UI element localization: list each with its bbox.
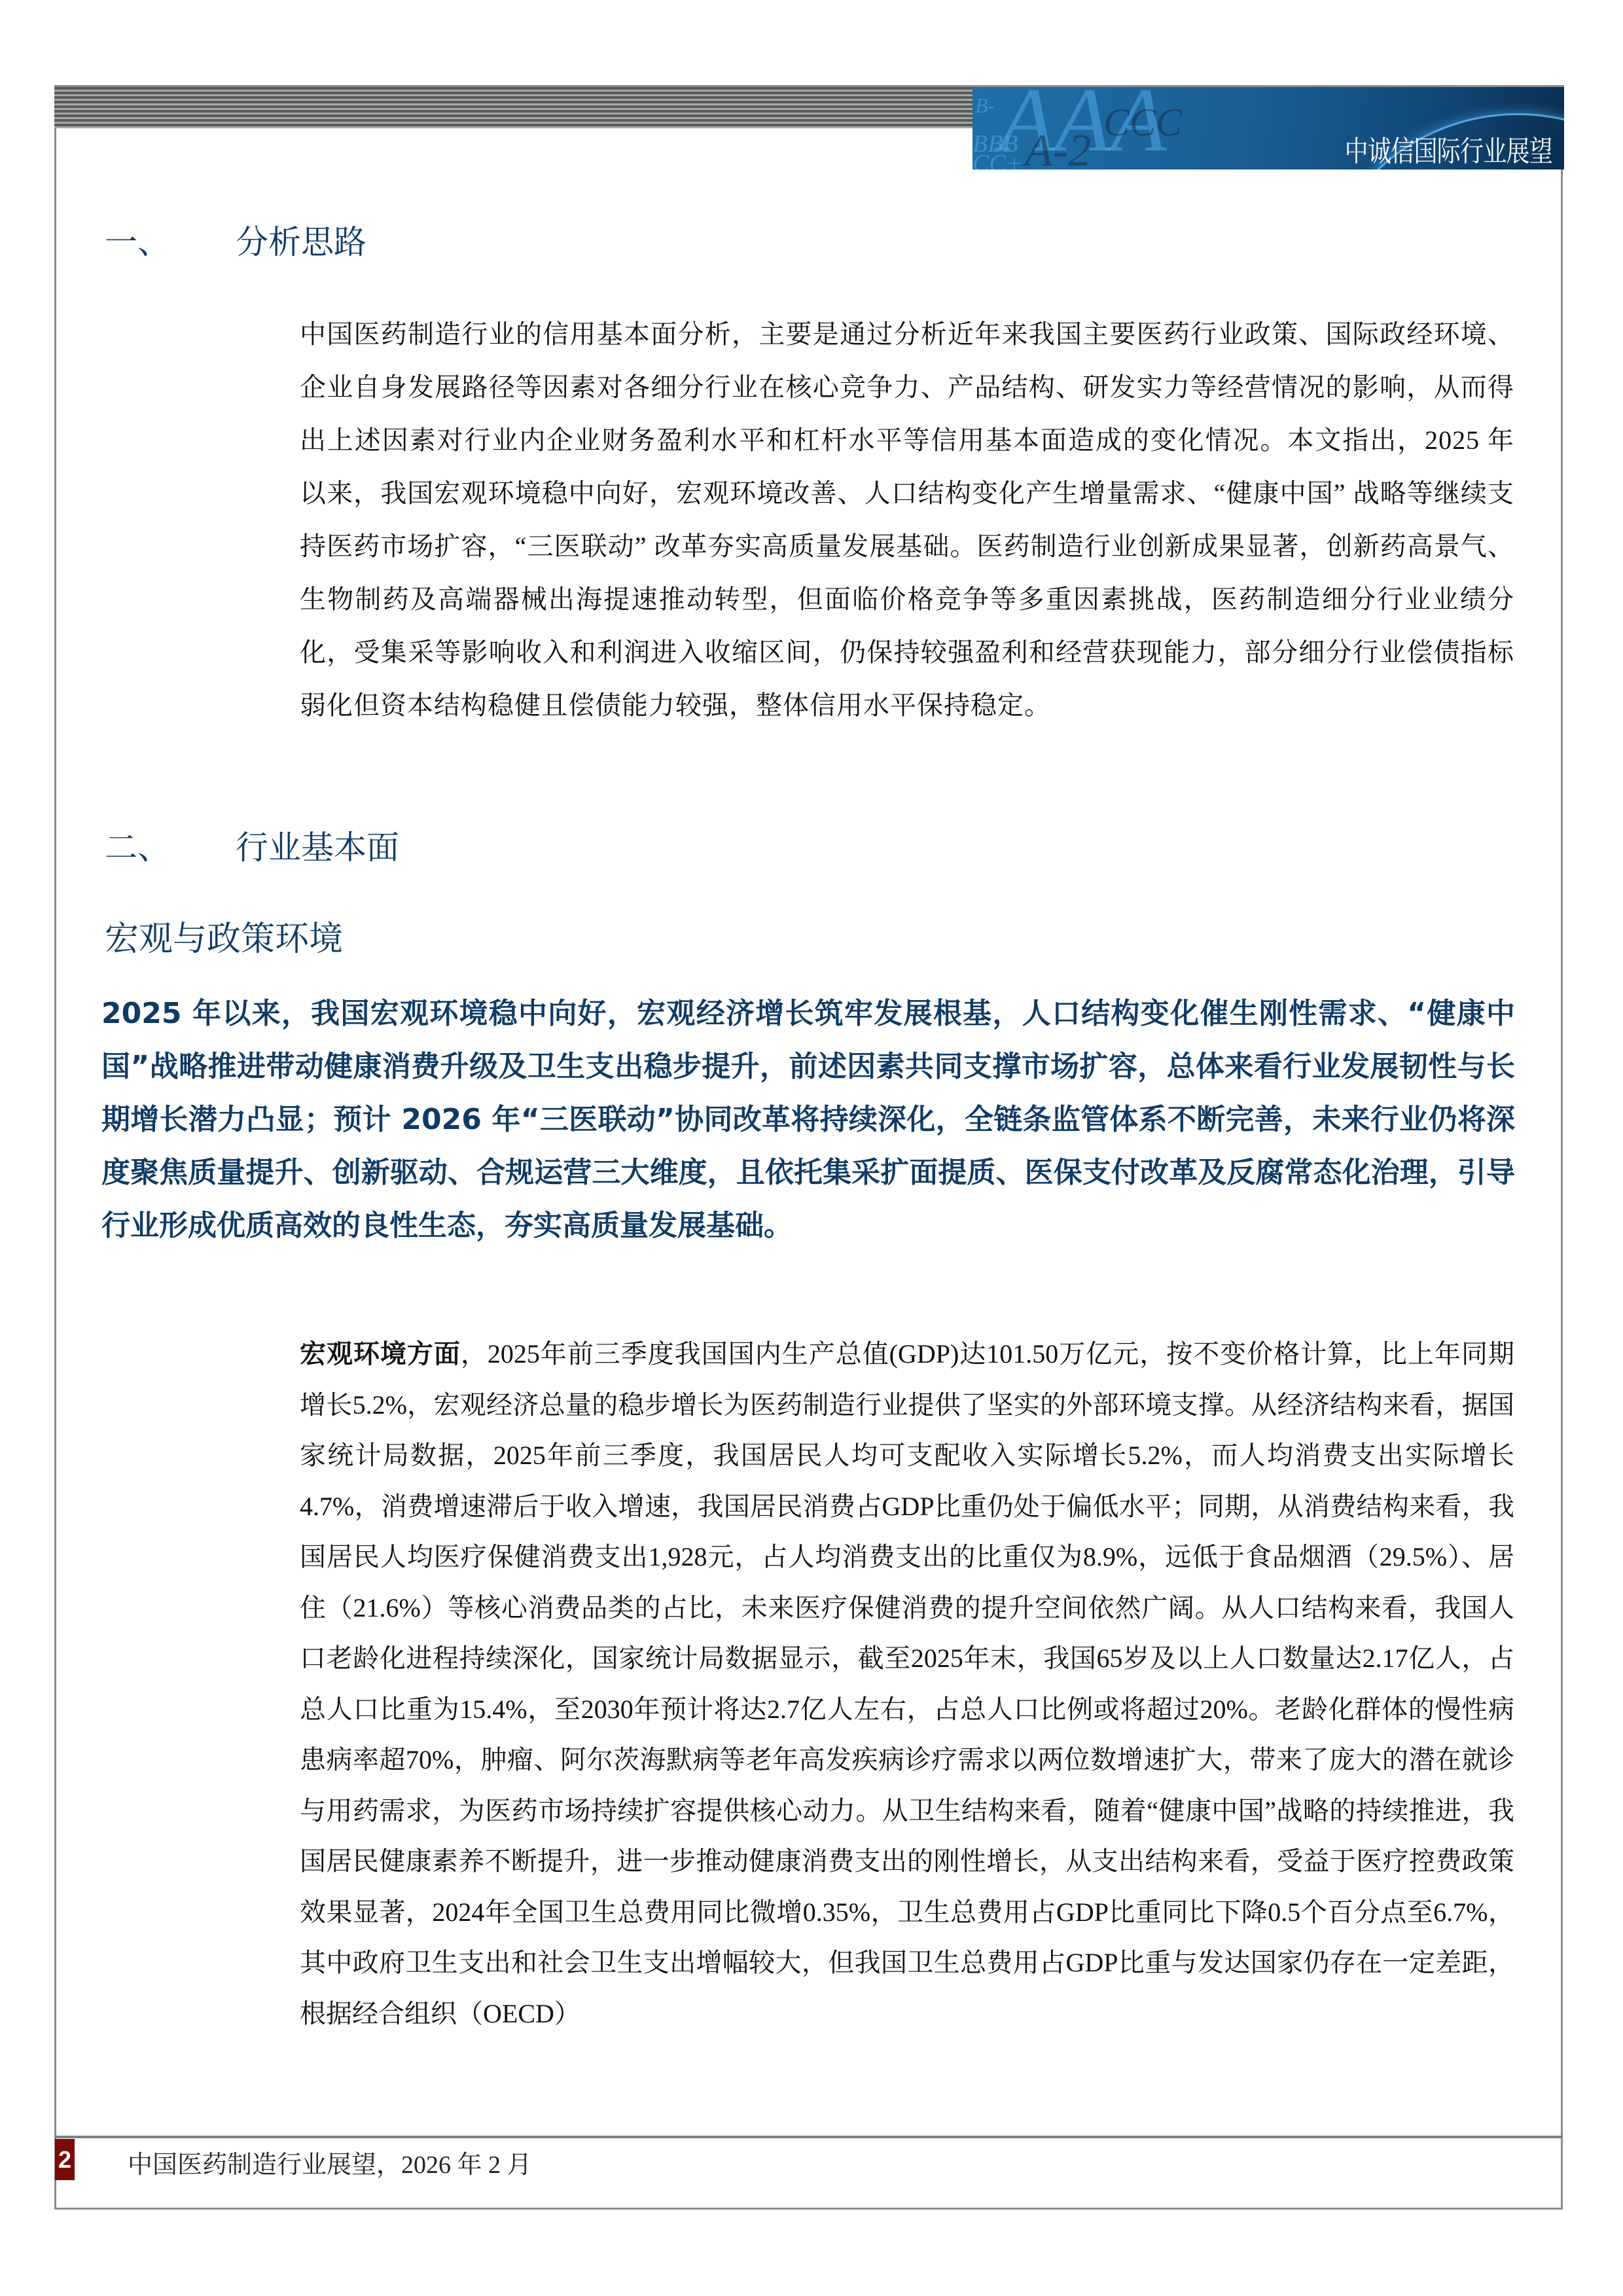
footer-text: 中国医药制造行业展望，2026 年 2 月 <box>128 2144 532 2180</box>
banner-decoration: A-2 <box>1025 125 1091 170</box>
header-banner: B- AAA CCC BBB A-2 CC+ 中诚信国际行业展望 <box>972 85 1564 170</box>
macro-paragraph-label: 宏观环境方面 <box>300 1339 461 1369</box>
section-number: 一、 <box>105 216 236 263</box>
section-title: 行业基本面 <box>236 829 399 867</box>
banner-title: 中诚信国际行业展望 <box>1345 128 1552 170</box>
analysis-paragraph: 中国医药制造行业的信用基本面分析，主要是通过分析近年来我国主要医药行业政策、国际… <box>300 308 1514 732</box>
lead-summary: 2025 年以来，我国宏观环境稳中向好，宏观经济增长筑牢发展根基，人口结构变化催… <box>101 987 1515 1252</box>
section-heading-analysis: 一、分析思路 <box>105 216 366 263</box>
macro-paragraph-body: ，2025年前三季度我国国内生产总值(GDP)达101.50万亿元，按不变价格计… <box>300 1339 1514 2028</box>
section-number: 二、 <box>105 821 236 869</box>
footer-divider <box>54 2136 1563 2138</box>
section-title: 分析思路 <box>236 223 366 261</box>
banner-decoration: B- <box>975 94 995 118</box>
header-stripe-band <box>54 85 972 128</box>
banner-decoration: CCC <box>1103 100 1182 145</box>
page-number: 2 <box>55 2139 75 2180</box>
macro-paragraph: 宏观环境方面，2025年前三季度我国国内生产总值(GDP)达101.50万亿元，… <box>300 1329 1514 2039</box>
subsection-title: 宏观与政策环境 <box>105 911 343 960</box>
banner-decoration: CC+ <box>972 149 1022 170</box>
section-heading-fundamentals: 二、行业基本面 <box>105 821 399 869</box>
